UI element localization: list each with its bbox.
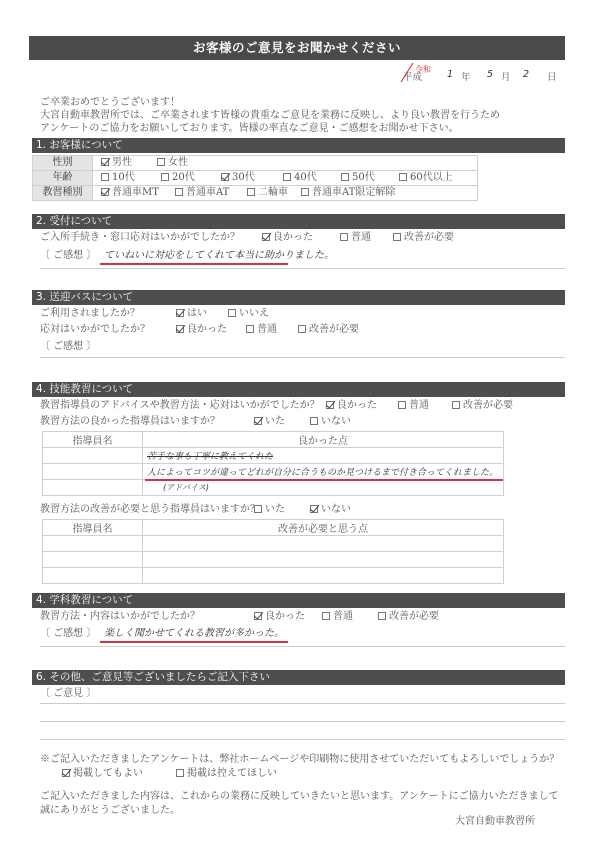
question-text: ご入所手続き・窓口応対はいかがでしたか？ (40, 232, 240, 243)
instructor-good-option[interactable]: 良かった (326, 398, 377, 413)
checkbox[interactable] (176, 769, 184, 777)
checkbox[interactable] (399, 173, 407, 181)
row-label: 教習種別 (33, 186, 93, 201)
age-20s-option[interactable]: 20代 (161, 171, 195, 185)
checkbox[interactable] (254, 612, 262, 620)
day-label: 日 (547, 69, 557, 83)
good-point-cell[interactable]: (アドバイス) (143, 480, 504, 496)
course-at-option[interactable]: 普通車AT (175, 186, 229, 200)
checkbox[interactable] (310, 417, 318, 425)
good-instructor-no-option[interactable]: いない (310, 414, 351, 429)
academic-good-option[interactable]: 良かった (254, 609, 305, 624)
checkbox[interactable] (301, 188, 309, 196)
instructor-improve-option[interactable]: 改善が必要 (452, 398, 513, 413)
date-month[interactable]: 5 (487, 69, 493, 80)
course-motorcycle-option[interactable]: 二輪車 (247, 186, 288, 200)
checkbox[interactable] (101, 158, 109, 166)
table-row: 苦手な事も丁寧に教えてくれた (43, 448, 504, 464)
divider (40, 268, 565, 269)
improve-point-cell[interactable] (143, 536, 504, 552)
checkbox[interactable] (341, 173, 349, 181)
section-3-header: 3. 送迎バスについて (32, 290, 565, 305)
question-text: 教習方法・内容はいかがでしたか？ (40, 611, 200, 622)
course-type-row: 教習種別 普通車MT 普通車AT 二輪車 普通車AT限定解除 (33, 186, 478, 201)
checkbox[interactable] (452, 401, 460, 409)
course-mt-option[interactable]: 普通車MT (101, 186, 159, 200)
checkbox[interactable] (176, 325, 184, 333)
handwritten-text: (アドバイス) (143, 483, 209, 492)
checkbox[interactable] (246, 325, 254, 333)
academic-question-row: 教習方法・内容はいかがでしたか？ 良かった 普通 改善が必要 (40, 609, 200, 624)
year-label: 年 (461, 69, 471, 83)
section-1-header: 1. お客様について (32, 138, 565, 153)
age-10s-option[interactable]: 10代 (101, 171, 135, 185)
closing-line-2: 誠にありがとうございました。 (40, 803, 180, 818)
instructor-name-cell[interactable] (43, 552, 143, 568)
checkbox[interactable] (101, 173, 109, 181)
gender-male-option[interactable]: 男性 (101, 156, 132, 170)
column-header-improve-points: 改善が必要と思う点 (143, 520, 504, 536)
section-2-header: 2. 受付について (32, 214, 565, 229)
column-header-instructor: 指導員名 (43, 520, 143, 536)
comment-line (40, 703, 565, 704)
column-header-instructor: 指導員名 (43, 432, 143, 448)
checkbox[interactable] (326, 401, 334, 409)
question-text: 教習方法の改善が必要と思う指導員はいますか？ (40, 504, 260, 515)
checkbox[interactable] (393, 233, 401, 241)
red-underline (100, 641, 288, 643)
question-text: 応対はいかがでしたか？ (40, 324, 150, 335)
academic-normal-option[interactable]: 普通 (322, 609, 353, 624)
comment-label: 〔 ご感想 〕 (40, 628, 96, 639)
table-row: (アドバイス) (43, 480, 504, 496)
table-row: 人によってコツが違ってどれが自分に合うものか見つけるまで付き合ってくれました。 (43, 464, 504, 480)
checkbox[interactable] (254, 505, 262, 513)
checkbox[interactable] (398, 401, 406, 409)
academic-comment[interactable]: 楽しく聞かせてくれる教習が多かった。 (104, 626, 284, 641)
question-text: 教習指導員のアドバイスや教習方法・応対はいかがでしたか？ (40, 400, 320, 411)
improve-instructor-table: 指導員名 改善が必要と思う点 (42, 519, 504, 584)
checkbox[interactable] (262, 233, 270, 241)
good-point-cell[interactable]: 人によってコツが違ってどれが自分に合うものか見つけるまで付き合ってくれました。 (143, 464, 504, 480)
intro-line: ご卒業おめでとうございます！ (40, 96, 570, 109)
good-point-cell[interactable]: 苦手な事も丁寧に教えてくれた (143, 448, 504, 464)
gender-female-option[interactable]: 女性 (157, 156, 188, 170)
table-row (43, 568, 504, 584)
instructor-name-cell[interactable] (43, 464, 143, 480)
instructor-rating-row: 教習指導員のアドバイスや教習方法・応対はいかがでしたか？ 良かった 普通 改善が… (40, 398, 320, 413)
bus-used-row: ご利用されましたか？ はい いいえ (40, 306, 140, 321)
academic-improve-option[interactable]: 改善が必要 (378, 609, 439, 624)
consent-allow-option[interactable]: 掲載してもよい (62, 766, 143, 781)
checkbox[interactable] (175, 188, 183, 196)
red-underline (145, 479, 503, 481)
red-underline (100, 263, 288, 265)
row-label: 年齢 (33, 171, 93, 186)
comment-label: 〔 ご感想 〕 (40, 341, 96, 352)
gender-row: 性別 男性 女性 (33, 156, 478, 171)
school-signature: 大宮自動車教習所 (455, 812, 535, 827)
age-30s-option[interactable]: 30代 (221, 171, 255, 185)
question-text: 教習方法の良かった指導員はいますか？ (40, 416, 220, 427)
comment-label: 〔 ご感想 〕 (40, 250, 96, 261)
improve-instructor-yes-option[interactable]: いた (254, 502, 285, 517)
checkbox[interactable] (228, 309, 236, 317)
bus-improve-option[interactable]: 改善が必要 (298, 322, 359, 337)
reception-question-row: ご入所手続き・窓口応対はいかがでしたか？ 良かった 普通 改善が必要 (40, 230, 240, 245)
section-4-header: 4. 技能教習について (32, 382, 565, 397)
reception-normal-option[interactable]: 普通 (340, 230, 371, 245)
instructor-name-cell[interactable] (43, 480, 143, 496)
instructor-name-cell[interactable] (43, 536, 143, 552)
table-header: 指導員名 良かった点 (43, 432, 504, 448)
table-row (43, 552, 504, 568)
age-50s-option[interactable]: 50代 (341, 171, 375, 185)
checkbox[interactable] (310, 505, 318, 513)
checkbox[interactable] (298, 325, 306, 333)
era-handwritten: 令和 (415, 64, 431, 75)
improve-instructor-row: 教習方法の改善が必要と思う指導員はいますか？ いた いない (40, 502, 260, 517)
checkbox[interactable] (161, 173, 169, 181)
section-6-header: 6. その他、ご意見等ございましたらご記入下さい (32, 670, 565, 685)
row-label: 性別 (33, 156, 93, 171)
reception-comment-row: 〔 ご感想 〕 ていねいに対応をしてくれて本当に助かりました。 (40, 248, 96, 263)
comment-line (40, 739, 565, 740)
checkbox[interactable] (221, 173, 229, 181)
checkbox[interactable] (378, 612, 386, 620)
checkbox[interactable] (176, 309, 184, 317)
bus-used-no-option[interactable]: いいえ (228, 306, 269, 321)
intro-line: 大宮自動車教習所では、ご卒業されます皆様の貴重なご意見を業務に反映し、より良い教… (40, 109, 570, 122)
bus-used-yes-option[interactable]: はい (176, 306, 207, 321)
instructor-name-cell[interactable] (43, 568, 143, 584)
checkbox[interactable] (101, 188, 109, 196)
checkbox[interactable] (254, 417, 262, 425)
customer-info-table: 性別 男性 女性 年齢 10代 20代 30代 40代 50代 60代以上 教習… (32, 155, 478, 201)
month-label: 月 (501, 69, 511, 83)
age-40s-option[interactable]: 40代 (283, 171, 317, 185)
bus-good-option[interactable]: 良かった (176, 322, 227, 337)
divider (40, 357, 565, 358)
improve-point-cell[interactable] (143, 568, 504, 584)
reception-good-option[interactable]: 良かった (262, 230, 313, 245)
divider (40, 646, 565, 647)
instructor-normal-option[interactable]: 普通 (398, 398, 429, 413)
other-comment-row: 〔 ご意見 〕 (40, 686, 96, 701)
course-at-limit-removal-option[interactable]: 普通車AT限定解除 (301, 186, 395, 200)
bus-normal-option[interactable]: 普通 (246, 322, 277, 337)
question-text: ご利用されましたか？ (40, 308, 140, 319)
checkbox[interactable] (62, 769, 70, 777)
form-title: お客様のご意見をお聞かせください (29, 36, 565, 60)
comment-label: 〔 ご意見 〕 (40, 688, 96, 699)
consent-decline-option[interactable]: 掲載は控えてほしい (176, 766, 277, 781)
good-instructor-table: 指導員名 良かった点 苦手な事も丁寧に教えてくれた 人によってコツが違ってどれが… (42, 431, 504, 496)
date-row: 平成 令和 1 年 5 月 2 日 (395, 66, 575, 84)
checkbox[interactable] (247, 188, 255, 196)
good-instructor-row: 教習方法の良かった指導員はいますか？ いた いない (40, 414, 220, 429)
improve-instructor-no-option[interactable]: いない (310, 502, 351, 517)
good-instructor-yes-option[interactable]: いた (254, 414, 285, 429)
table-header: 指導員名 改善が必要と思う点 (43, 520, 504, 536)
bus-service-row: 応対はいかがでしたか？ 良かった 普通 改善が必要 (40, 322, 150, 337)
academic-comment-row: 〔 ご感想 〕 楽しく聞かせてくれる教習が多かった。 (40, 626, 96, 641)
section-academic-header: 4. 学科教習について (32, 593, 565, 608)
intro-line: アンケートのご協力をお願いしております。皆様の率直なご意見・ご感想をお聞かせ下さ… (40, 122, 570, 135)
reception-improve-option[interactable]: 改善が必要 (393, 230, 454, 245)
reception-comment[interactable]: ていねいに対応をしてくれて本当に助かりました。 (104, 248, 334, 263)
age-60s-plus-option[interactable]: 60代以上 (399, 171, 453, 185)
age-row: 年齢 10代 20代 30代 40代 50代 60代以上 (33, 171, 478, 186)
comment-line (40, 721, 565, 722)
struck-text: 苦手な事も丁寧に教えてくれた (143, 452, 273, 462)
date-day[interactable]: 2 (523, 69, 529, 80)
column-header-good-points: 良かった点 (143, 432, 504, 448)
checkbox[interactable] (340, 233, 348, 241)
checkbox[interactable] (157, 158, 165, 166)
improve-point-cell[interactable] (143, 552, 504, 568)
checkbox[interactable] (322, 612, 330, 620)
closing-line-1: ご記入いただきました内容は、これからの業務に反映していきたいと思います。アンケー… (40, 789, 559, 804)
consent-question: ※ご記入いただきましたアンケートは、弊社ホームページや印刷物に使用させていただい… (40, 752, 559, 767)
instructor-name-cell[interactable] (43, 448, 143, 464)
table-row (43, 536, 504, 552)
handwritten-text: 人によってコツが違ってどれが自分に合うものか見つけるまで付き合ってくれました。 (143, 468, 498, 478)
intro-text: ご卒業おめでとうございます！ 大宮自動車教習所では、ご卒業されます皆様の貴重なご… (40, 96, 570, 135)
date-year[interactable]: 1 (447, 69, 453, 80)
checkbox[interactable] (283, 173, 291, 181)
bus-comment-row: 〔 ご感想 〕 (40, 339, 96, 354)
